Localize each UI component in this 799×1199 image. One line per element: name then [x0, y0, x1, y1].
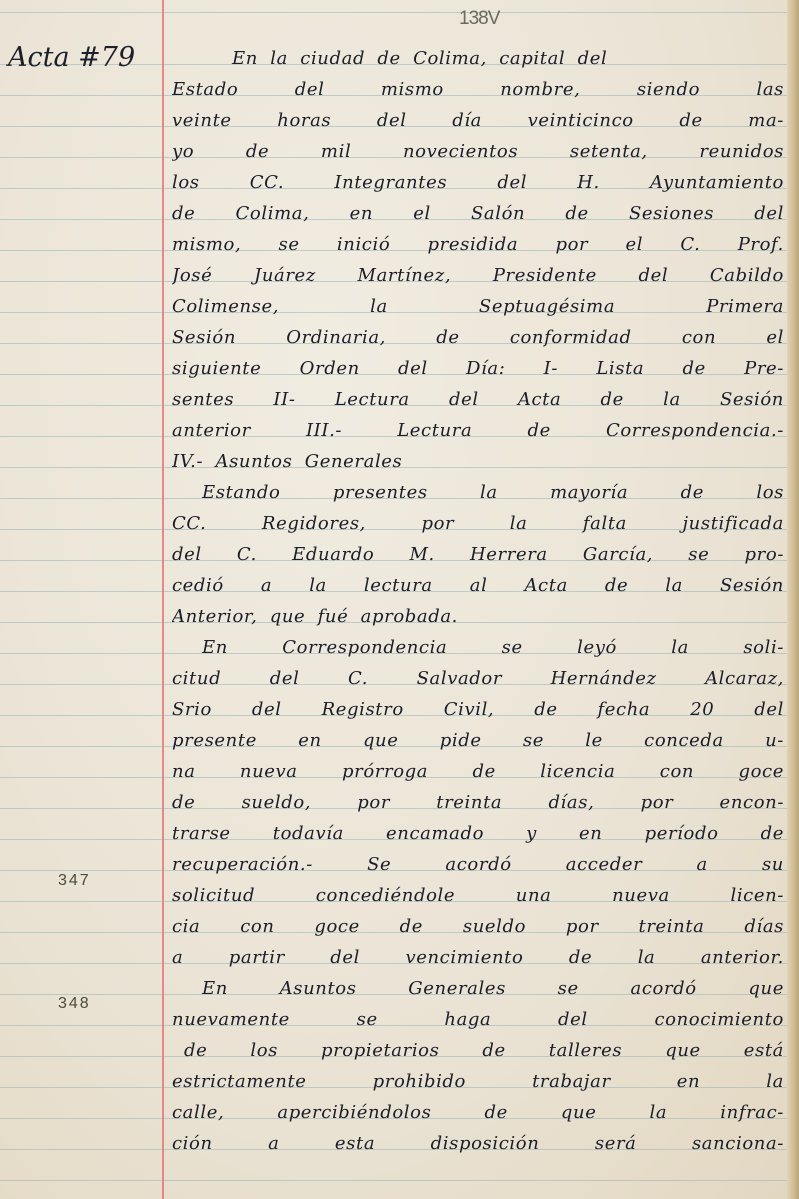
text-line: Estado del mismo nombre, siendo las: [172, 74, 784, 105]
text-line: de Colima, en el Salón de Sesiones del: [172, 198, 784, 229]
text-line: siguiente Orden del Día: I- Lista de Pre…: [172, 353, 784, 384]
folio-number: 138V: [459, 8, 499, 30]
text-line: estrictamente prohibido trabajar en la: [172, 1066, 784, 1097]
text-line: yo de mil novecientos setenta, reunidos: [172, 136, 784, 167]
text-line: En Correspondencia se leyó la soli-: [172, 632, 784, 663]
text-line: Srio del Registro Civil, de fecha 20 del: [172, 694, 784, 725]
text-line: citud del C. Salvador Hernández Alcaraz,: [172, 663, 784, 694]
text-line: a partir del vencimiento de la anterior.: [172, 942, 784, 973]
text-line: presente en que pide se le conceda u-: [172, 725, 784, 756]
red-margin-line: [162, 0, 164, 1199]
text-line: calle, apercibiéndolos de que la infrac-: [172, 1097, 784, 1128]
text-line: José Juárez Martínez, Presidente del Cab…: [172, 260, 784, 291]
text-line: recuperación.- Se acordó acceder a su: [172, 849, 784, 880]
text-line: En la ciudad de Colima, capital del: [172, 43, 784, 74]
text-line: veinte horas del día veinticinco de ma-: [172, 105, 784, 136]
text-line: mismo, se inició presidida por el C. Pro…: [172, 229, 784, 260]
text-line: solicitud concediéndole una nueva licen-: [172, 880, 784, 911]
text-line: de los propietarios de talleres que está: [172, 1035, 784, 1066]
text-line: cedió a la lectura al Acta de la Sesión: [172, 570, 784, 601]
text-line: de sueldo, por treinta días, por encon-: [172, 787, 784, 818]
text-line: na nueva prórroga de licencia con goce: [172, 756, 784, 787]
margin-note-347: 347: [58, 872, 91, 890]
text-line: En Asuntos Generales se acordó que: [172, 973, 784, 1004]
text-line: Estando presentes la mayoría de los: [172, 477, 784, 508]
text-line: CC. Regidores, por la falta justificada: [172, 508, 784, 539]
text-line: Sesión Ordinaria, de conformidad con el: [172, 322, 784, 353]
acta-number-heading: Acta #79: [8, 42, 135, 73]
text-line: anterior III.- Lectura de Correspondenci…: [172, 415, 784, 446]
text-line: trarse todavía encamado y en período de: [172, 818, 784, 849]
page-edge: [787, 0, 799, 1199]
text-line: sentes II- Lectura del Acta de la Sesión: [172, 384, 784, 415]
ledger-page: 138V Acta #79 347 348 En la ciudad de Co…: [0, 0, 799, 1199]
text-line: nuevamente se haga del conocimiento: [172, 1004, 784, 1035]
text-line: los CC. Integrantes del H. Ayuntamiento: [172, 167, 784, 198]
text-line: Colimense, la Septuagésima Primera: [172, 291, 784, 322]
text-line: Anterior, que fué aprobada.: [172, 601, 784, 632]
text-line: del C. Eduardo M. Herrera García, se pro…: [172, 539, 784, 570]
handwritten-text-body: En la ciudad de Colima, capital del Esta…: [172, 43, 784, 1159]
text-line: IV.- Asuntos Generales: [172, 446, 784, 477]
margin-note-348: 348: [58, 995, 91, 1013]
text-line: ción a esta disposición será sanciona-: [172, 1128, 784, 1159]
text-line: cia con goce de sueldo por treinta días: [172, 911, 784, 942]
